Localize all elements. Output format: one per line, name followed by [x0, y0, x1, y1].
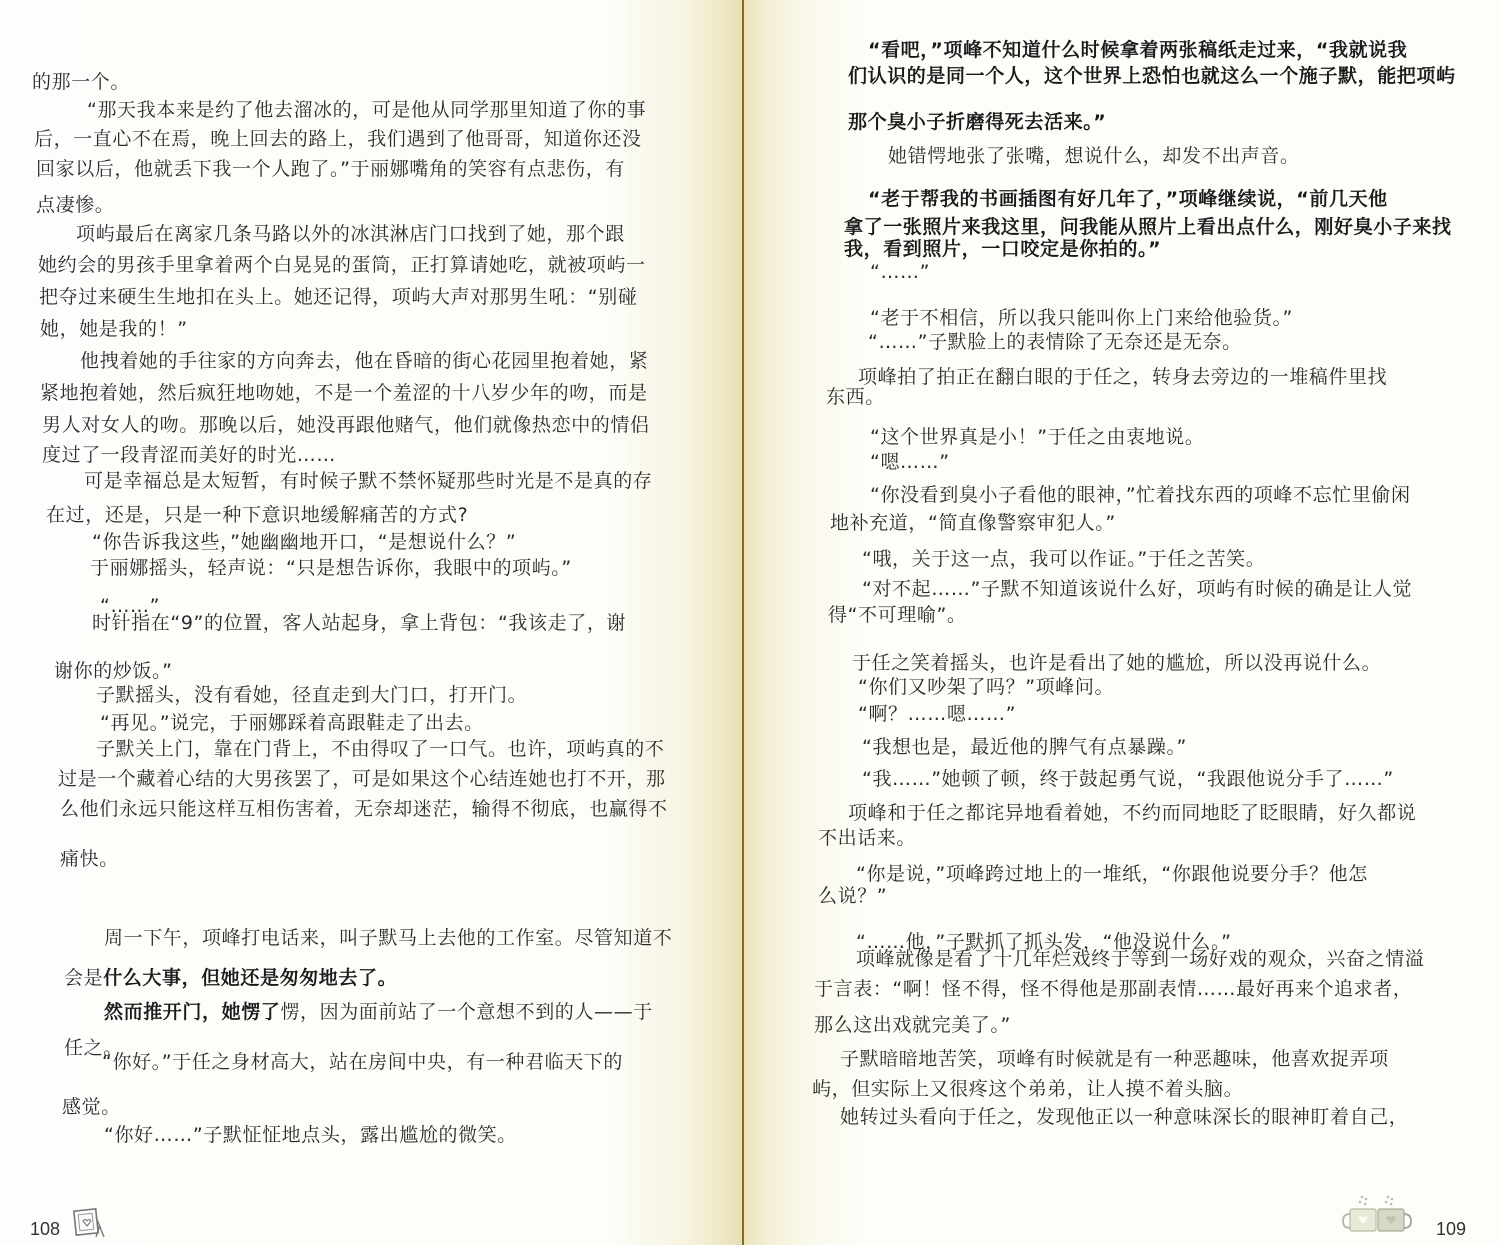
- text-line: “对不起……”子默不知道该说什么好，项屿有时候的确是让人觉: [862, 577, 1412, 601]
- text-line: “……”子默脸上的表情除了无奈还是无奈。: [868, 330, 1242, 354]
- text-line: 地补充道，“简直像警察审犯人。”: [830, 511, 1116, 535]
- text-line: “你是说，”项峰跨过地上的一堆纸，“你跟他说要分手？他怎: [856, 862, 1368, 886]
- text-line: 项峰和于任之都诧异地看着她，不约而同地眨了眨眼睛，好久都说: [848, 801, 1416, 825]
- text-line: “我想也是，最近他的脾气有点暴躁。”: [862, 735, 1187, 759]
- text-line: 度过了一段青涩而美好的时光……: [42, 443, 336, 467]
- text-line: 过是一个藏着心结的大男孩罢了，可是如果这个心结连她也打不开，那: [58, 767, 666, 791]
- text-line: “嗯……”: [870, 450, 950, 474]
- text-line: “你好……”子默怔怔地点头，露出尴尬的微笑。: [104, 1123, 517, 1147]
- right-page: “看吧，”项峰不知道什么时候拿着两张稿纸走过来，“我就说我们认识的是同一个人，这…: [742, 0, 1500, 1245]
- book-gutter: [742, 0, 744, 1245]
- text-line: 会是什么大事，但她还是匆匆地去了。: [64, 966, 397, 990]
- text-line: 屿，但实际上又很疼这个弟弟，让人摸不着头脑。: [812, 1077, 1243, 1101]
- text-line: “啊？……嗯……”: [858, 702, 1016, 726]
- text-line: 然而推开门，她愣了愣，因为面前站了一个意想不到的人——于: [104, 1000, 653, 1024]
- text-line: 拿了一张照片来我这里，问我能从照片上看出点什么，刚好臭小子来找: [844, 215, 1452, 239]
- text-line: 她约会的男孩手里拿着两个白晃晃的蛋筒，正打算请她吃，就被项屿一: [38, 253, 646, 277]
- text-line: 么说？”: [818, 884, 887, 908]
- text-line: 把夺过来硬生生地扣在头上。她还记得，项屿大声对那男生吼：“别碰: [39, 285, 637, 309]
- text-line: 紧地抱着她，然后疯狂地吻她，不是一个羞涩的十八岁少年的吻，而是: [40, 381, 648, 405]
- text-line: 项屿最后在离家几条马路以外的冰淇淋店门口找到了她，那个跟: [76, 222, 625, 246]
- text-line: 们认识的是同一个人，这个世界上恐怕也就这么一个施子默，能把项屿: [848, 64, 1456, 88]
- text-line: 于言表：“啊！怪不得，怪不得他是那副表情……最好再来个追求者，: [814, 977, 1412, 1001]
- text-line: 可是幸福总是太短暂，有时候子默不禁怀疑那些时光是不是真的存: [84, 469, 652, 493]
- text-line: 他拽着她的手往家的方向奔去，他在昏暗的街心花园里抱着她，紧: [80, 349, 648, 373]
- text-line: 项峰拍了拍正在翻白眼的于任之，转身去旁边的一堆稿件里找: [858, 365, 1387, 389]
- text-line: 不出话来。: [818, 826, 916, 850]
- text-line: 回家以后，他就丢下我一个人跑了。”于丽娜嘴角的笑容有点悲伤，有: [36, 157, 625, 181]
- text-line: 得“不可理喻”。: [828, 603, 967, 627]
- text-line: 她，她是我的！”: [40, 317, 188, 341]
- text-line: 周一下午，项峰打电话来，叫子默马上去他的工作室。尽管知道不: [104, 926, 672, 950]
- text-line: 项峰就像是看了十几年烂戏终于等到一场好戏的观众，兴奋之情溢: [856, 947, 1424, 971]
- text-line: 那个臭小子折磨得死去活来。”: [848, 110, 1106, 134]
- text-line: 她错愕地张了张嘴，想说什么，却发不出声音。: [888, 144, 1300, 168]
- text-line: “看吧，”项峰不知道什么时候拿着两张稿纸走过来，“我就说我: [868, 38, 1407, 62]
- text-line: 点凄惨。: [36, 193, 114, 217]
- text-line: “老于帮我的书画插图有好几年了，”项峰继续说，“前几天他: [868, 187, 1388, 211]
- text-line: 么他们永远只能这样互相伤害着，无奈却迷茫，输得不彻底，也赢得不: [60, 797, 668, 821]
- page-number-left: 108: [30, 1219, 60, 1240]
- text-line: 子默关上门，靠在门背上，不由得叹了一口气。也许，项屿真的不: [96, 737, 664, 761]
- text-line: “你没看到臭小子看他的眼神，”忙着找东西的项峰不忘忙里偷闲: [870, 483, 1411, 507]
- text-line: “这个世界真是小！”于任之由衷地说。: [870, 425, 1205, 449]
- text-line: “那天我本来是约了他去溜冰的，可是他从同学那里知道了你的事: [87, 98, 646, 122]
- text-line: “你告诉我这些，”她幽幽地开口，“是想说什么？”: [92, 530, 516, 554]
- text-line: 于丽娜摇头，轻声说：“只是想告诉你，我眼中的项屿。”: [90, 556, 572, 580]
- text-line: 痛快。: [60, 847, 119, 871]
- text-line: 东西。: [826, 385, 885, 409]
- text-line: 感觉。: [62, 1095, 121, 1119]
- text-line: 在过，还是，只是一种下意识地缓解痛苦的方式?: [46, 503, 468, 527]
- text-line: 子默摇头，没有看她，径直走到大门口，打开门。: [96, 683, 527, 707]
- text-line: “再见。”说完，于丽娜踩着高跟鞋走了出去。: [100, 711, 484, 735]
- text-line: 那么这出戏就完美了。”: [814, 1013, 1011, 1037]
- book-spread: 的那一个。“那天我本来是约了他去溜冰的，可是他从同学那里知道了你的事后，一直心不…: [0, 0, 1500, 1245]
- text-line: “老于不相信，所以我只能叫你上门来给他验货。”: [870, 306, 1293, 330]
- page-number-right: 109: [1436, 1219, 1466, 1240]
- text-line: 我，看到照片，一口咬定是你拍的。”: [844, 237, 1161, 261]
- text-line: 后，一直心不在焉，晚上回去的路上，我们遇到了他哥哥，知道你还没: [34, 127, 642, 151]
- text-line: 谢你的炒饭。”: [54, 659, 173, 683]
- coffee-cups-icon: [1340, 1193, 1416, 1239]
- text-line: 时针指在“9”的位置，客人站起身，拿上背包：“我该走了，谢: [92, 611, 626, 635]
- text-line: 的那一个。: [32, 70, 130, 94]
- text-line: 子默暗暗地苦笑，项峰有时候就是有一种恶趣味，他喜欢捉弄项: [840, 1047, 1389, 1071]
- text-line: “哦，关于这一点，我可以作证。”于任之苦笑。: [862, 547, 1265, 571]
- text-line: “……”: [870, 260, 930, 284]
- text-line: 男人对女人的吻。那晚以后，她没再跟他赌气，他们就像热恋中的情侣: [42, 413, 650, 437]
- left-page: 的那一个。“那天我本来是约了他去溜冰的，可是他从同学那里知道了你的事后，一直心不…: [0, 0, 742, 1245]
- picture-frame-heart-icon: [72, 1207, 108, 1245]
- text-line: “你们又吵架了吗？”项峰问。: [858, 675, 1114, 699]
- text-line: “你好。”于任之身材高大，站在房间中央，有一种君临天下的: [102, 1050, 623, 1074]
- text-line: “我……”她顿了顿，终于鼓起勇气说，“我跟他说分手了……”: [862, 767, 1394, 791]
- text-line: 她转过头看向于任之，发现他正以一种意味深长的眼神盯着自己，: [840, 1105, 1408, 1129]
- text-line: 于任之笑着摇头，也许是看出了她的尴尬，所以没再说什么。: [852, 651, 1381, 675]
